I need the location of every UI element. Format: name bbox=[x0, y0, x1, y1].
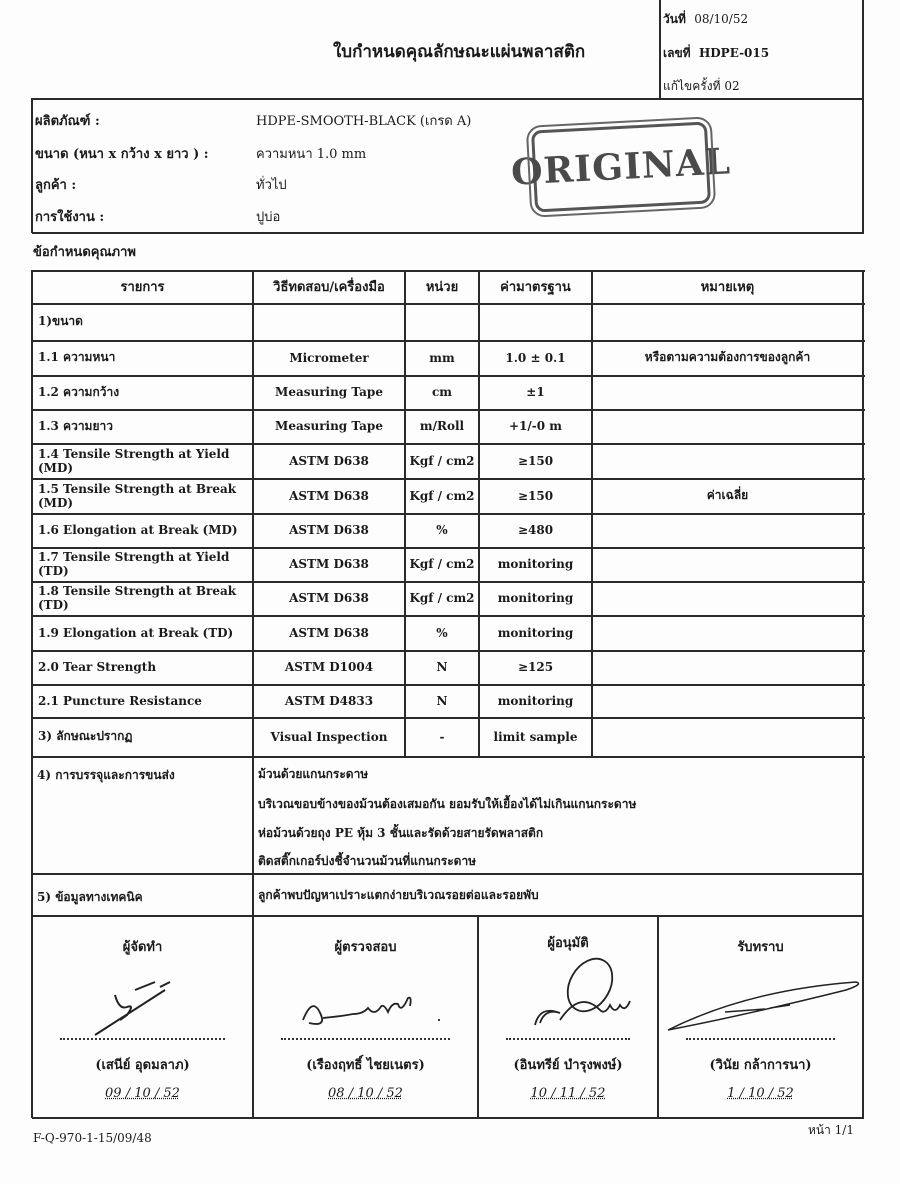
info-bottom-border bbox=[32, 232, 864, 234]
table-cell-remark bbox=[592, 547, 863, 581]
table-row-item: 1.2 ความกว้าง bbox=[32, 375, 253, 409]
table-cell-remark bbox=[592, 409, 863, 443]
table-cell-unit: N bbox=[405, 684, 479, 717]
customer-label: ลูกค้า : bbox=[35, 174, 76, 195]
packaging-line: ติดสติ๊กเกอร์บ่งชี้จำนวนม้วนที่แกนกระดาษ bbox=[258, 852, 476, 871]
packaging-line: ห่อม้วนด้วยถุง PE หุ้ม 3 ชั้นและรัดด้วยส… bbox=[258, 824, 543, 843]
table-row-item: 1.4 Tensile Strength at Yield (MD) bbox=[32, 443, 253, 478]
revision-label: แก้ไขครั้งที่ bbox=[663, 79, 720, 93]
table-cell-remark bbox=[592, 513, 863, 547]
table-cell-method: ASTM D1004 bbox=[253, 650, 405, 684]
table-cell-standard: ±1 bbox=[479, 375, 592, 409]
table-cell-remark bbox=[592, 717, 863, 756]
signature-line-acknowledger bbox=[686, 1038, 835, 1040]
table-row-item: 2.0 Tear Strength bbox=[32, 650, 253, 684]
table-cell-unit: cm bbox=[405, 375, 479, 409]
table-cell-method bbox=[253, 303, 405, 340]
signature-line-reviewer bbox=[281, 1038, 450, 1040]
signature-line-approver bbox=[506, 1038, 630, 1040]
header-divider bbox=[659, 0, 661, 99]
table-cell-remark bbox=[592, 684, 863, 717]
signature-date-preparer: 09 / 10 / 52 bbox=[32, 1086, 253, 1101]
info-top-border bbox=[32, 98, 864, 100]
table-cell-unit: mm bbox=[405, 340, 479, 375]
quality-section-title: ข้อกำหนดคุณภาพ bbox=[33, 241, 136, 262]
signature-name-approver: (อินทรีย์ บำรุงพงษ์) bbox=[478, 1054, 658, 1075]
table-cell-method: ASTM D638 bbox=[253, 547, 405, 581]
revision-value: 02 bbox=[724, 79, 739, 93]
table-row-item: 2.1 Puncture Resistance bbox=[32, 684, 253, 717]
table-cell-remark bbox=[592, 375, 863, 409]
table-cell-method: Micrometer bbox=[253, 340, 405, 375]
usage-value: ปูบ่อ bbox=[256, 206, 280, 227]
header-standard: ค่ามาตรฐาน bbox=[479, 270, 592, 303]
table-cell-method: ASTM D4833 bbox=[253, 684, 405, 717]
table-cell-remark bbox=[592, 650, 863, 684]
info-left-border bbox=[31, 98, 33, 233]
table-row-item: 1.6 Elongation at Break (MD) bbox=[32, 513, 253, 547]
table-cell-method: ASTM D638 bbox=[253, 478, 405, 513]
table-cell-standard: ≥150 bbox=[479, 478, 592, 513]
signature-name-preparer: (เสนีย์ อุดมลาภ) bbox=[32, 1054, 253, 1075]
form-code: F-Q-970-1-15/09/48 bbox=[33, 1131, 152, 1145]
table-row-item: 3) ลักษณะปรากฏ bbox=[32, 717, 253, 756]
table-cell-unit: % bbox=[405, 615, 479, 650]
table-cell-method: Measuring Tape bbox=[253, 375, 405, 409]
technical-value: ลูกค้าพบปัญหาเปราะแตกง่ายบริเวณรอยต่อและ… bbox=[258, 886, 539, 905]
table-cell-remark: ค่าเฉลี่ย bbox=[592, 478, 863, 513]
table-cell-standard: +1/-0 m bbox=[479, 409, 592, 443]
signature-name-acknowledger: (วินัย กล้าการนา) bbox=[658, 1054, 863, 1075]
table-cell-remark: หรือตามความต้องการของลูกค้า bbox=[592, 340, 863, 375]
signature-role-approver: ผู้อนุมัติ bbox=[478, 932, 658, 953]
table-cell-unit: m/Roll bbox=[405, 409, 479, 443]
frame-right-top bbox=[862, 0, 864, 233]
table-row-item: 1.8 Tensile Strength at Break (TD) bbox=[32, 581, 253, 615]
table-cell-remark bbox=[592, 443, 863, 478]
product-label: ผลิตภัณฑ์ : bbox=[35, 110, 100, 131]
signature-approver bbox=[530, 955, 640, 1035]
table-cell-standard: 1.0 ± 0.1 bbox=[479, 340, 592, 375]
packaging-line: ม้วนด้วยแกนกระดาษ bbox=[258, 765, 368, 784]
table-cell-method: ASTM D638 bbox=[253, 581, 405, 615]
customer-value: ทั่วไป bbox=[256, 174, 287, 195]
table-cell-unit: Kgf / cm2 bbox=[405, 581, 479, 615]
table-row-item: 1.3 ความยาว bbox=[32, 409, 253, 443]
date-label: วันที่ bbox=[663, 12, 686, 26]
table-cell-remark bbox=[592, 581, 863, 615]
signature-acknowledger bbox=[665, 975, 860, 1035]
technical-label: 5) ข้อมูลทางเทคนิค bbox=[37, 888, 143, 907]
table-row-item: 1.1 ความหนา bbox=[32, 340, 253, 375]
table-cell-standard bbox=[479, 303, 592, 340]
technical-bottom-border bbox=[32, 915, 864, 917]
signature-preparer bbox=[90, 975, 190, 1040]
table-cell-standard: ≥150 bbox=[479, 443, 592, 478]
table-cell-standard: ≥480 bbox=[479, 513, 592, 547]
signature-bottom-border bbox=[32, 1117, 864, 1119]
header-method: วิธีทดสอบ/เครื่องมือ bbox=[253, 270, 405, 303]
table-cell-standard: ≥125 bbox=[479, 650, 592, 684]
header-item: รายการ bbox=[32, 270, 253, 303]
table-cell-method: ASTM D638 bbox=[253, 513, 405, 547]
signature-date-acknowledger: 1 / 10 / 52 bbox=[658, 1086, 863, 1101]
table-cell-unit: N bbox=[405, 650, 479, 684]
product-value: HDPE-SMOOTH-BLACK (เกรด A) bbox=[256, 110, 471, 131]
header-remark: หมายเหตุ bbox=[592, 270, 863, 303]
table-row-item: 1)ขนาด bbox=[32, 303, 253, 340]
packaging-label: 4) การบรรจุและการขนส่ง bbox=[37, 766, 175, 785]
table-cell-unit: % bbox=[405, 513, 479, 547]
signature-role-preparer: ผู้จัดทำ bbox=[32, 936, 253, 957]
table-cell-standard: monitoring bbox=[479, 581, 592, 615]
table-cell-method: Measuring Tape bbox=[253, 409, 405, 443]
table-cell-standard: monitoring bbox=[479, 547, 592, 581]
original-stamp: ORIGINAL bbox=[531, 121, 711, 212]
packaging-line: บริเวณขอบข้างของม้วนต้องเสมอกัน ยอมรับให… bbox=[258, 795, 636, 814]
usage-label: การใช้งาน : bbox=[35, 206, 104, 227]
table-row-item: 1.7 Tensile Strength at Yield (TD) bbox=[32, 547, 253, 581]
doc-number-field: เลขที่ HDPE-015 bbox=[663, 44, 769, 63]
table-cell-remark bbox=[592, 615, 863, 650]
signature-reviewer bbox=[298, 990, 458, 1035]
document-title: ใบกำหนดคุณลักษณะแผ่นพลาสติก bbox=[333, 38, 585, 65]
table-cell-remark bbox=[592, 303, 863, 340]
table-cell-unit: Kgf / cm2 bbox=[405, 443, 479, 478]
page-number: หน้า 1/1 bbox=[808, 1121, 854, 1140]
table-cell-standard: limit sample bbox=[479, 717, 592, 756]
date-value: 08/10/52 bbox=[694, 12, 748, 26]
table-cell-method: ASTM D638 bbox=[253, 443, 405, 478]
table-row-border bbox=[32, 756, 865, 758]
signature-date-approver: 10 / 11 / 52 bbox=[478, 1086, 658, 1101]
table-row-item: 1.5 Tensile Strength at Break (MD) bbox=[32, 478, 253, 513]
table-cell-method: ASTM D638 bbox=[253, 615, 405, 650]
table-cell-unit bbox=[405, 303, 479, 340]
signature-role-acknowledger: รับทราบ bbox=[658, 936, 863, 957]
table-cell-unit: Kgf / cm2 bbox=[405, 478, 479, 513]
date-field: วันที่ 08/10/52 bbox=[663, 10, 748, 29]
table-cell-standard: monitoring bbox=[479, 684, 592, 717]
signature-role-reviewer: ผู้ตรวจสอบ bbox=[253, 936, 478, 957]
size-value: ความหนา 1.0 mm bbox=[256, 143, 366, 164]
doc-number-label: เลขที่ bbox=[663, 46, 691, 60]
header-unit: หน่วย bbox=[405, 270, 479, 303]
table-row-item: 1.9 Elongation at Break (TD) bbox=[32, 615, 253, 650]
signature-name-reviewer: (เรืองฤทธิ์ ไชยเนตร) bbox=[253, 1054, 478, 1075]
packaging-bottom-border bbox=[32, 873, 864, 875]
doc-number-value: HDPE-015 bbox=[699, 46, 769, 60]
size-label: ขนาด (หนา x กว้าง x ยาว ) : bbox=[35, 143, 209, 164]
table-cell-unit: Kgf / cm2 bbox=[405, 547, 479, 581]
signature-date-reviewer: 08 / 10 / 52 bbox=[253, 1086, 478, 1101]
table-cell-unit: - bbox=[405, 717, 479, 756]
table-cell-standard: monitoring bbox=[479, 615, 592, 650]
revision-field: แก้ไขครั้งที่ 02 bbox=[663, 77, 740, 96]
table-cell-method: Visual Inspection bbox=[253, 717, 405, 756]
